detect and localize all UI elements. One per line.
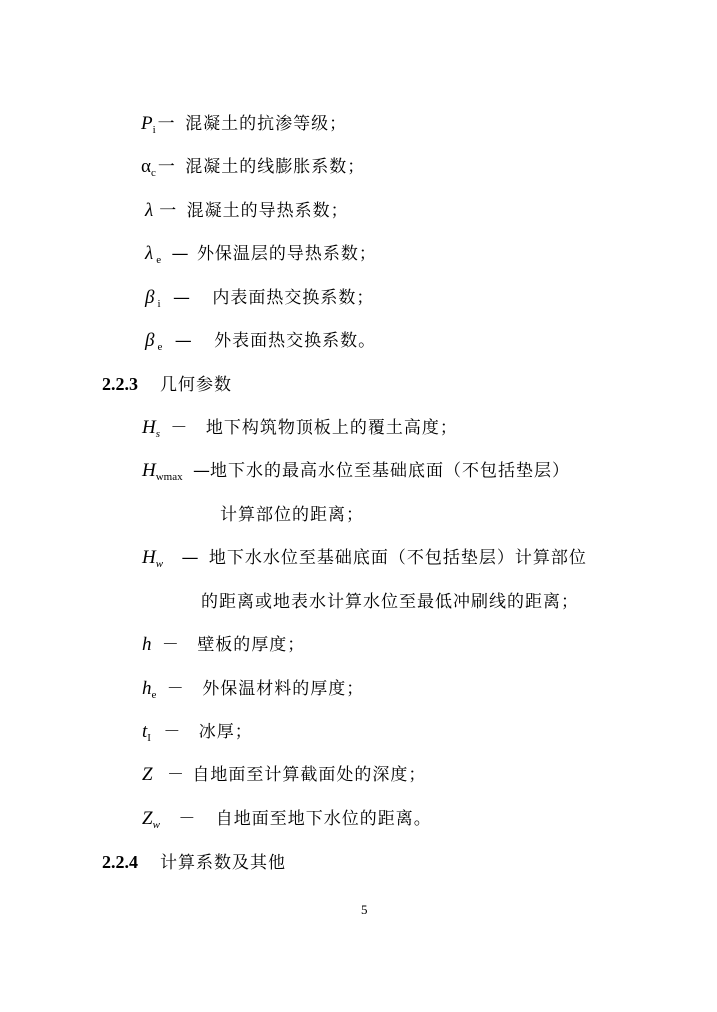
symbol: λ — [145, 243, 153, 264]
definition-text: 混凝土的导热系数； — [187, 200, 349, 222]
symbol: h — [142, 634, 152, 655]
symbol: P — [141, 113, 153, 134]
definition-text: 外保温层的导热系数； — [197, 243, 377, 265]
subscript: i — [157, 298, 160, 310]
dash: — — [175, 330, 192, 352]
symbol: λ — [145, 200, 153, 221]
definition-he: he － 外保温材料的厚度； — [142, 678, 364, 706]
symbol: H — [142, 460, 156, 481]
subscript: w — [156, 558, 163, 570]
definition-text: 混凝土的线膨胀系数； — [185, 156, 365, 178]
dash: — — [173, 287, 190, 309]
section-number: 2.2.4 — [102, 851, 160, 873]
definition-z: Z － 自地面至计算截面处的深度； — [142, 764, 426, 786]
definition-alpha-c: αc一 混凝土的线膨胀系数； — [141, 156, 365, 184]
definition-text: 自地面至计算截面处的深度； — [192, 764, 426, 786]
definition-hs: Hs － 地下构筑物顶板上的覆土高度； — [142, 417, 458, 445]
dash: － — [178, 808, 195, 830]
definition-text: 地下水水位至基础底面（不包括垫层）计算部位 — [209, 547, 587, 569]
definition-tl: tI － 冰厚； — [142, 721, 253, 749]
definition-pi: Pi一 混凝土的抗渗等级； — [141, 113, 347, 141]
definition-text: 自地面至地下水位的距离。 — [216, 808, 432, 830]
symbol: α — [141, 156, 151, 177]
subscript: e — [152, 689, 157, 701]
dash: 一 — [158, 113, 175, 135]
definition-hwmax-continuation: 计算部位的距离； — [220, 504, 364, 526]
section-heading-2-2-3: 2.2.3几何参数 — [102, 373, 232, 396]
definition-text: 地下构筑物顶板上的覆土高度； — [206, 417, 458, 439]
definition-beta-e: βe — 外表面热交换系数。 — [145, 330, 376, 358]
subscript: I — [147, 732, 151, 744]
definition-hwmax: Hwmax —地下水的最高水位至基础底面（不包括垫层） — [142, 460, 570, 488]
subscript: s — [156, 428, 160, 440]
dash: － — [170, 417, 187, 439]
definition-beta-i: βi — 内表面热交换系数； — [145, 287, 374, 315]
definition-text: 混凝土的抗渗等级； — [185, 113, 347, 135]
subscript: i — [153, 124, 156, 136]
definition-hw-continuation: 的距离或地表水计算水位至最低冲刷线的距离； — [201, 591, 579, 613]
symbol: h — [142, 678, 152, 699]
dash: 一 — [158, 156, 175, 178]
definition-text: 外表面热交换系数。 — [214, 330, 376, 352]
continuation-text: 的距离或地表水计算水位至最低冲刷线的距离； — [201, 592, 579, 612]
symbol: β — [145, 287, 154, 308]
definition-text: 冰厚； — [199, 721, 253, 743]
symbol: β — [145, 330, 154, 351]
definition-text: 外保温材料的厚度； — [202, 678, 364, 700]
symbol: Z — [142, 764, 153, 785]
symbol: H — [142, 417, 156, 438]
dash: － — [162, 634, 179, 656]
definition-hw: Hw — 地下水水位至基础底面（不包括垫层）计算部位 — [142, 547, 587, 575]
dash: — — [181, 547, 198, 569]
subscript: e — [157, 341, 162, 353]
definition-text: 内表面热交换系数； — [212, 287, 374, 309]
page-number: 5 — [361, 902, 368, 918]
symbol: Z — [142, 808, 153, 829]
subscript: e — [156, 254, 161, 266]
definition-lambda-e: λe — 外保温层的导热系数； — [145, 243, 377, 271]
section-heading-2-2-4: 2.2.4计算系数及其他 — [102, 851, 286, 874]
definition-zw: Zw － 自地面至地下水位的距离。 — [142, 808, 432, 836]
section-number: 2.2.3 — [102, 373, 160, 395]
section-title: 计算系数及其他 — [160, 853, 286, 873]
dash: — — [172, 243, 189, 265]
definition-lambda: λ一 混凝土的导热系数； — [145, 200, 349, 222]
dash: — — [193, 460, 210, 482]
dash: 一 — [159, 200, 176, 222]
subscript: c — [151, 167, 156, 179]
definition-text: 壁板的厚度； — [197, 634, 305, 656]
dash: － — [163, 721, 180, 743]
definition-h: h － 壁板的厚度； — [142, 634, 305, 656]
definition-text: 地下水的最高水位至基础底面（不包括垫层） — [210, 460, 570, 482]
subscript: w — [153, 819, 160, 831]
dash: － — [167, 678, 184, 700]
subscript: wmax — [156, 471, 183, 483]
continuation-text: 计算部位的距离； — [220, 505, 364, 525]
section-title: 几何参数 — [160, 375, 232, 395]
dash: － — [167, 764, 184, 786]
symbol: H — [142, 547, 156, 568]
